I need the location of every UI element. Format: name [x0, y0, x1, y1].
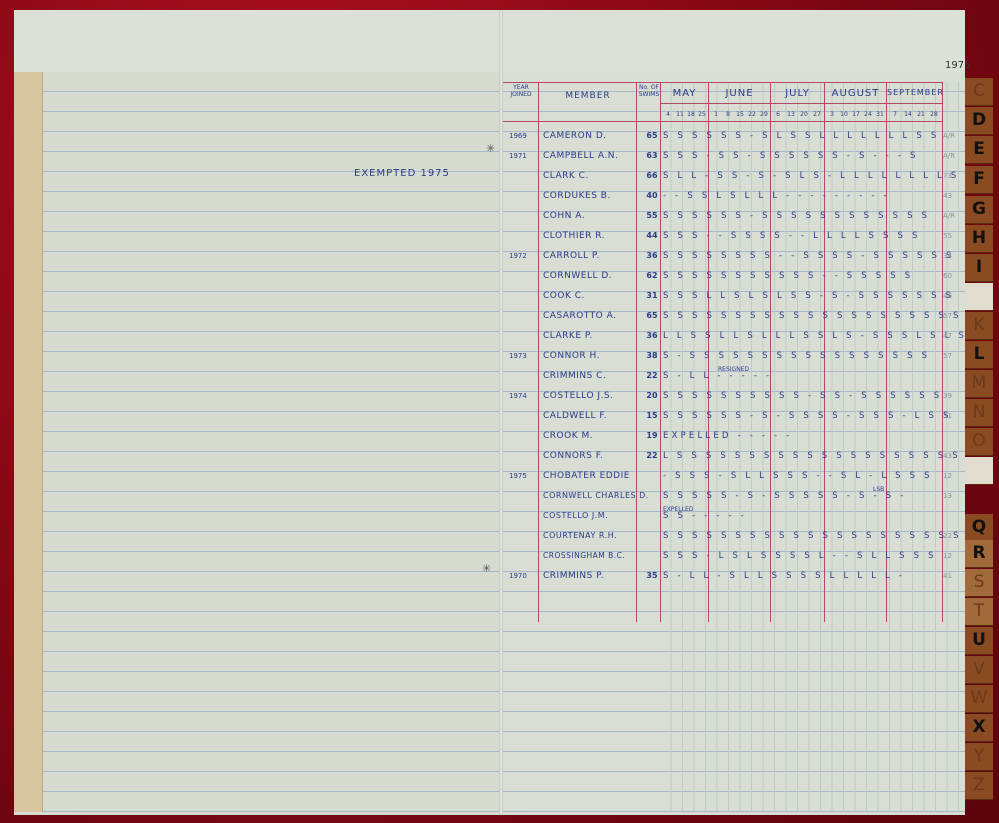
swim-count: 38 — [643, 351, 661, 360]
swim-count: 36 — [643, 251, 661, 260]
attendance-marks: - - S S L S L L L - - - - - - - - - — [663, 191, 890, 201]
expelled-note: EXPELLED — [663, 506, 693, 513]
date: 25 — [696, 111, 708, 118]
member-row: 1970CRIMMINS P.35S - L L - S L L S S S S… — [503, 568, 963, 588]
member-name: COURTENAY R.H. — [543, 531, 617, 540]
date: 13 — [785, 111, 797, 118]
member-row: 1969CAMERON D.65S S S S S S - S L S S L … — [503, 128, 963, 148]
date: 28 — [928, 111, 940, 118]
index-tab-q[interactable]: Q — [965, 514, 993, 542]
row-total: 12 — [943, 472, 952, 480]
member-row: CLARKE P.36L L S S L L S L L L S S L S -… — [503, 328, 963, 348]
page-flap — [14, 72, 43, 812]
date: 29 — [758, 111, 770, 118]
page-header-strip — [14, 10, 965, 72]
member-name: CROOK M. — [543, 431, 593, 441]
index-tab-c[interactable]: C — [965, 78, 993, 106]
attendance-marks: S S S S S - S - S S S S S - S - S - — [663, 491, 906, 501]
row-total: 73 — [943, 172, 952, 180]
swim-count: 36 — [643, 331, 661, 340]
member-name: CAMPBELL A.N. — [543, 151, 618, 161]
row-total: 57 — [943, 352, 952, 360]
swim-count: 65 — [643, 131, 661, 140]
month-rule — [660, 103, 942, 104]
index-tab-u[interactable]: U — [965, 627, 993, 655]
index-tab-h[interactable]: H — [965, 225, 993, 253]
row-total: 13 — [943, 492, 952, 500]
date: 1 — [710, 111, 722, 118]
member-name: CLARKE P. — [543, 331, 593, 341]
swim-count: 35 — [643, 571, 661, 580]
attendance-marks: S S S S S S - S S S S S S S S S S S S — [663, 211, 930, 221]
member-name: CAMERON D. — [543, 131, 607, 141]
index-tab-i[interactable]: I — [965, 254, 993, 282]
swim-count: 22 — [643, 451, 661, 460]
swim-count: 22 — [643, 371, 661, 380]
member-name: CRIMMINS P. — [543, 571, 604, 581]
date: 3 — [826, 111, 838, 118]
date: 20 — [798, 111, 810, 118]
date: 7 — [889, 111, 901, 118]
member-row: 1973CONNOR H.38S - S S S S S S S S S S S… — [503, 348, 963, 368]
member-name: CRIMMINS C. — [543, 371, 606, 381]
row-total: 34 — [943, 252, 952, 260]
member-row: CROOK M.19EXPELLED - - - - - — [503, 428, 963, 448]
year-joined: 1974 — [509, 392, 527, 400]
attendance-marks: S L L - S S - S - S L S - L L L L L L L … — [663, 171, 959, 181]
member-name: CASAROTTO A. — [543, 311, 616, 321]
date: 14 — [902, 111, 914, 118]
date: 15 — [734, 111, 746, 118]
member-name: COSTELLO J.M. — [543, 511, 608, 520]
member-row: 1975CHOBATER EDDIE- S S S - S L L S S S … — [503, 468, 963, 488]
date: 31 — [874, 111, 886, 118]
member-row: CLOTHIER R.44S S S - - S S S S - - L L L… — [503, 228, 963, 248]
month-june: JUNE — [709, 88, 770, 99]
date: 8 — [722, 111, 734, 118]
member-name: CLOTHIER R. — [543, 231, 605, 241]
date: 24 — [862, 111, 874, 118]
member-row: CONNORS F.22L S S S S S S S S S S S S S … — [503, 448, 963, 468]
member-name: CORNWELL CHARLES D. — [543, 491, 649, 500]
index-tab-y[interactable]: Y — [965, 743, 993, 771]
alphabet-index-tabs: C D E F G H I K L M N O Q R S T U V W X … — [965, 78, 993, 818]
swim-count: 65 — [643, 311, 661, 320]
attendance-marks: L L S S L L S L L L S S L S - S S S L S … — [663, 331, 967, 341]
ledger-year: 1975 — [945, 60, 970, 71]
index-tab-blank[interactable] — [965, 457, 993, 485]
date: 17 — [850, 111, 862, 118]
attendance-marks: S S S L L S L S L S S - S - S S S S S S … — [663, 291, 954, 301]
resigned-note: RESIGNED — [718, 366, 749, 373]
row-total: 12 — [943, 552, 952, 560]
member-row: CORDUKES B.40- - S S L S L L L - - - - -… — [503, 188, 963, 208]
attendance-marks: S S S S S S S S - - S S S S - S S S S S … — [663, 251, 955, 261]
row-total: 57 — [943, 312, 952, 320]
row-total: 43 — [943, 452, 952, 460]
index-tab-e[interactable]: E — [965, 136, 993, 164]
header-bottom-rule — [503, 121, 943, 122]
swim-count: 44 — [643, 231, 661, 240]
year-joined: 1975 — [509, 472, 527, 480]
month-july: JULY — [771, 88, 824, 99]
member-row: 1972CARROLL P.36S S S S S S S S - - S S … — [503, 248, 963, 268]
attendance-marks: S S S S S S S S S S S S S S S S S S S S … — [663, 531, 962, 541]
header-no-of-swims: No. OF SWIMS — [638, 84, 660, 98]
year-joined: 1970 — [509, 572, 527, 580]
member-name: CROSSINGHAM B.C. — [543, 551, 625, 560]
month-august: AUGUST — [825, 88, 886, 99]
year-joined: 1969 — [509, 132, 527, 140]
header-top-rule — [503, 82, 943, 83]
header-year-joined: YEAR JOINED — [504, 84, 538, 98]
member-name: CORNWELL D. — [543, 271, 612, 281]
attendance-marks: S S S S S S S S S S - S S - S S S S S S — [663, 391, 942, 401]
index-tab-n[interactable]: N — [965, 399, 993, 427]
index-tab-s[interactable]: S — [965, 569, 993, 597]
month-may: MAY — [661, 88, 708, 99]
index-tab-l[interactable]: L — [965, 341, 993, 369]
attendance-marks: - S S S - S L L S S S - - S L - L S S S — [663, 471, 933, 481]
member-name: CHOBATER EDDIE — [543, 471, 630, 481]
date: 4 — [662, 111, 674, 118]
member-row: 1971CAMPBELL A.N.63S S S - S S - S S S S… — [503, 148, 963, 168]
member-row: COOK C.31S S S L L S L S L S S - S - S S… — [503, 288, 963, 308]
index-tab-v[interactable]: V — [965, 656, 993, 684]
member-name: CORDUKES B. — [543, 191, 611, 201]
star-mark: ✳ — [486, 142, 495, 155]
index-tab-z[interactable]: Z — [965, 772, 993, 800]
member-row: CASAROTTO A.65S S S S S S S S S S S S S … — [503, 308, 963, 328]
row-total: A/R — [943, 152, 955, 160]
member-name: CONNOR H. — [543, 351, 600, 361]
attendance-marks: S S S S S S - S L S S L L L L L L L S S — [663, 131, 939, 141]
lsb-note: LSB — [873, 486, 884, 493]
member-row: CROSSINGHAM B.C.S S S - L S L S S S S L … — [503, 548, 963, 568]
member-name: COHN A. — [543, 211, 585, 221]
date: 21 — [915, 111, 927, 118]
attendance-marks: S S S S S S - S - S S S S - S S S - L S … — [663, 411, 952, 421]
index-tab-w[interactable]: W — [965, 685, 993, 713]
exempted-note: EXEMPTED 1975 — [354, 168, 450, 179]
year-joined: 1972 — [509, 252, 527, 260]
member-name: CLARK C. — [543, 171, 589, 181]
attendance-marks: L S S S S S S S S S S S S S S S S S S S … — [663, 451, 961, 461]
member-row: COSTELLO J.M.S S - - - - - — [503, 508, 963, 528]
attendance-marks: S - L L - S L L S S S S L L L L L - — [663, 571, 905, 581]
row-total: 41 — [943, 572, 952, 580]
member-name: COSTELLO J.S. — [543, 391, 614, 401]
attendance-marks: S S S S S S S S S S S S S S S S S S S S … — [663, 311, 962, 321]
swim-count: 40 — [643, 191, 661, 200]
swim-count: 62 — [643, 271, 661, 280]
date: 22 — [746, 111, 758, 118]
attendance-marks: S S S - L S L S S S S L - - S L L S S S — [663, 551, 937, 561]
attendance-marks: S - S S S S S S S S S S S S S S S S S — [663, 351, 930, 361]
row-total: 31 — [943, 412, 952, 420]
member-row: CALDWELL F.15S S S S S S - S - S S S S -… — [503, 408, 963, 428]
attendance-marks: S S S - - S S S S - - L L L L S S S S — [663, 231, 921, 241]
swim-count: 63 — [643, 151, 661, 160]
index-tab-blank[interactable] — [965, 283, 993, 311]
swim-count: 19 — [643, 431, 661, 440]
month-september: SEPTEMBER — [887, 88, 942, 97]
member-row: 1974COSTELLO J.S.20S S S S S S S S S S -… — [503, 388, 963, 408]
member-name: COOK C. — [543, 291, 585, 301]
member-row: COHN A.55S S S S S S - S S S S S S S S S… — [503, 208, 963, 228]
row-total: 47 — [943, 332, 952, 340]
row-total: 55 — [943, 232, 952, 240]
swim-count: 55 — [643, 211, 661, 220]
index-tab-o[interactable]: O — [965, 428, 993, 456]
star-mark: ✳ — [482, 562, 491, 575]
row-total: A/R — [943, 132, 955, 140]
swim-count: 66 — [643, 171, 661, 180]
swim-count: 31 — [643, 291, 661, 300]
row-total: 22 — [943, 532, 952, 540]
row-total: 43 — [943, 192, 952, 200]
member-row: COURTENAY R.H.S S S S S S S S S S S S S … — [503, 528, 963, 548]
row-total: 46 — [943, 292, 952, 300]
date: 10 — [838, 111, 850, 118]
index-tab-m[interactable]: M — [965, 370, 993, 398]
index-tab-x[interactable]: X — [965, 714, 993, 742]
header-member: MEMBER — [540, 92, 636, 101]
row-total: 60 — [943, 272, 952, 280]
index-tab-t[interactable]: T — [965, 598, 993, 626]
date: 27 — [811, 111, 823, 118]
member-name: CALDWELL F. — [543, 411, 607, 421]
index-tab-k[interactable]: K — [965, 312, 993, 340]
year-joined: 1973 — [509, 352, 527, 360]
attendance-marks: EXPELLED - - - - - — [663, 431, 793, 441]
year-joined: 1971 — [509, 152, 527, 160]
attendance-marks: S S S - S S - S S S S S S - S - - - S — [663, 151, 919, 161]
member-row: CORNWELL D.62S S S S S S S S S S S - - S… — [503, 268, 963, 288]
row-total: A/R — [943, 212, 955, 220]
index-tab-g[interactable]: G — [965, 196, 993, 224]
swim-count: 20 — [643, 391, 661, 400]
attendance-marks: S S S S S S S S S S S - - S S S S S — [663, 271, 913, 281]
swim-count: 15 — [643, 411, 661, 420]
member-row: CORNWELL CHARLES D.S S S S S - S - S S S… — [503, 488, 963, 508]
member-name: CARROLL P. — [543, 251, 600, 261]
row-total: 39 — [943, 392, 952, 400]
index-tab-r[interactable]: R — [965, 540, 993, 568]
index-tab-d[interactable]: D — [965, 107, 993, 135]
date: 6 — [772, 111, 784, 118]
member-name: CONNORS F. — [543, 451, 603, 461]
member-row: CLARK C.66S L L - S S - S - S L S - L L … — [503, 168, 963, 188]
index-tab-f[interactable]: F — [965, 166, 993, 194]
